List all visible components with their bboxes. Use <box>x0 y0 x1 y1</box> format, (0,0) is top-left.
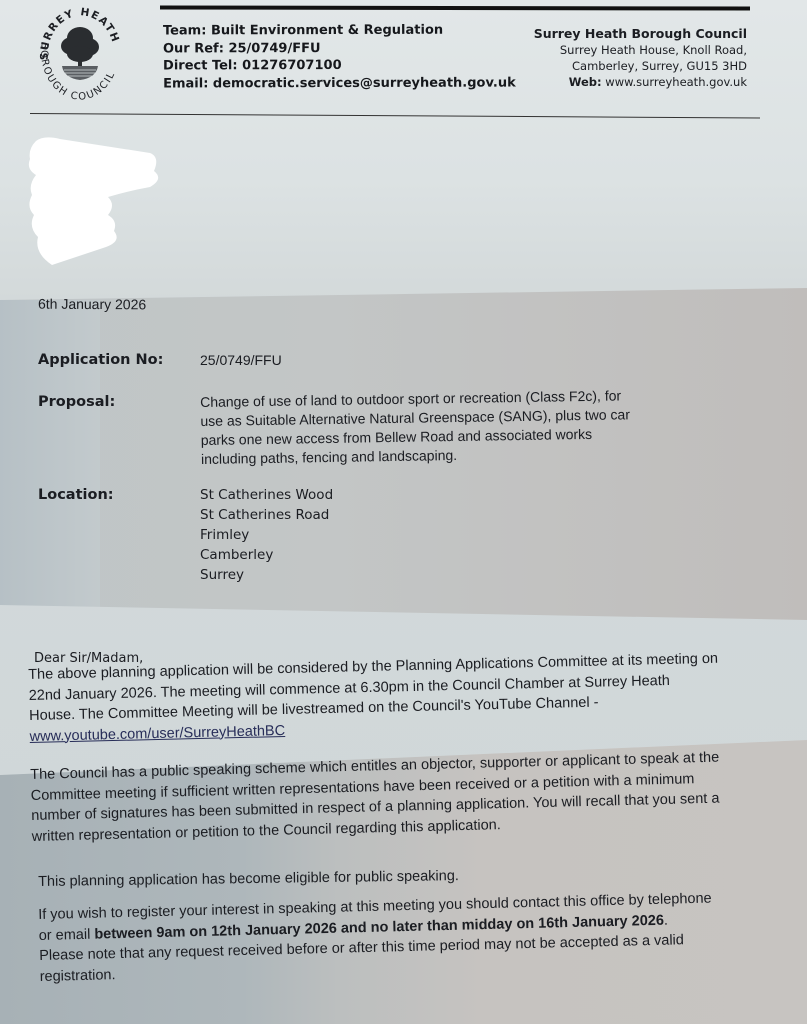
email-line: Email: democratic.services@surreyheath.g… <box>163 74 516 92</box>
location-label: Location: <box>38 487 114 503</box>
letter-paper: SURREY HEATH BOROUGH COUNCIL Team: Built… <box>0 0 807 1024</box>
web-value: www.surreyheath.gov.uk <box>605 75 747 89</box>
proposal-label: Proposal: <box>38 394 115 410</box>
application-no-value: 25/0749/FFU <box>200 351 282 370</box>
ref-line: Our Ref: 25/0749/FFU <box>163 39 516 57</box>
tel-line: Direct Tel: 01276707100 <box>163 57 516 75</box>
header-contact: Team: Built Environment & Regulation Our… <box>163 22 516 93</box>
web-line: Web: www.surreyheath.gov.uk <box>534 74 747 90</box>
shadow-left-strip <box>0 300 100 630</box>
address-line-2: Camberley, Surrey, GU15 3HD <box>534 58 747 74</box>
team-value: Built Environment & Regulation <box>211 23 443 39</box>
team-line: Team: Built Environment & Regulation <box>163 22 516 40</box>
council-logo: SURREY HEATH BOROUGH COUNCIL <box>34 2 124 106</box>
youtube-link[interactable]: www.youtube.com/user/SurreyHeathBC <box>29 722 285 744</box>
tree-icon: SURREY HEATH BOROUGH COUNCIL <box>34 2 124 106</box>
tel-value: 01276707100 <box>242 58 342 73</box>
letter-date: 6th January 2026 <box>38 296 146 313</box>
location-value: St Catherines Wood St Catherines Road Fr… <box>200 485 333 585</box>
email-value: democratic.services@surreyheath.gov.uk <box>213 75 516 91</box>
council-address: Surrey Heath Borough Council Surrey Heat… <box>534 26 747 90</box>
redacted-recipient-address <box>24 135 164 275</box>
org-name: Surrey Heath Borough Council <box>534 26 747 42</box>
proposal-value: Change of use of land to outdoor sport o… <box>200 385 681 469</box>
application-no-label: Application No: <box>38 352 163 368</box>
ref-value: 25/0749/FFU <box>228 41 320 56</box>
address-line-1: Surrey Heath House, Knoll Road, <box>534 42 747 58</box>
